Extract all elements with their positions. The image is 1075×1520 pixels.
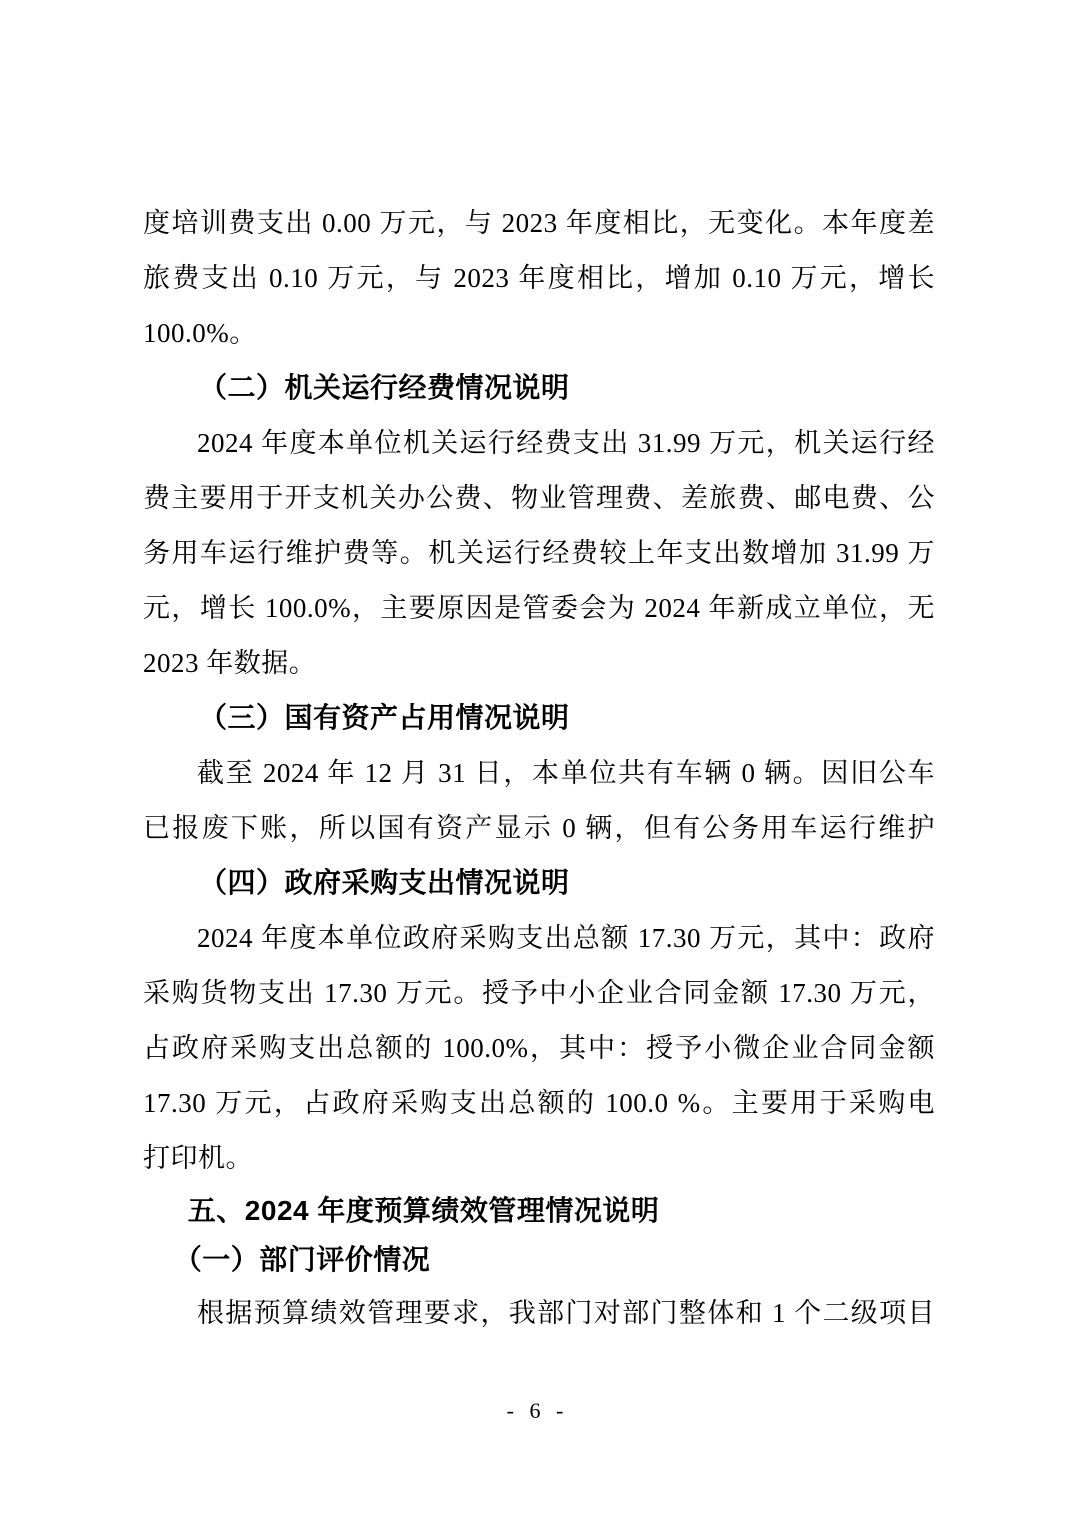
body-line: 占政府采购支出总额的 100.0%，其中：授予小微企业合同金额 — [143, 1021, 935, 1076]
body-line: 费主要用于开支机关办公费、物业管理费、差旅费、邮电费、公 — [143, 471, 935, 526]
document-page: 度培训费支出 0.00 万元，与 2023 年度相比，无变化。本年度差 旅费支出… — [0, 0, 1075, 1520]
body-line-paragraph-start: 2024 年度本单位机关运行经费支出 31.99 万元，机关运行经 — [143, 416, 935, 471]
body-line-paragraph-start: 2024 年度本单位政府采购支出总额 17.30 万元，其中：政府 — [143, 911, 935, 966]
body-line: 度培训费支出 0.00 万元，与 2023 年度相比，无变化。本年度差 — [143, 196, 935, 251]
body-line: 旅费支出 0.10 万元，与 2023 年度相比，增加 0.10 万元，增长 — [143, 251, 935, 306]
body-line: 元，增长 100.0%，主要原因是管委会为 2024 年新成立单位，无 — [143, 581, 935, 636]
body-line-paragraph-end: 打印机。 — [143, 1131, 935, 1186]
section-heading-government-procurement: （四）政府采购支出情况说明 — [143, 856, 935, 911]
body-line: 采购货物支出 17.30 万元。授予中小企业合同金额 17.30 万元， — [143, 966, 935, 1021]
text-block: 度培训费支出 0.00 万元，与 2023 年度相比，无变化。本年度差 旅费支出… — [143, 196, 935, 1341]
section-heading-state-assets: （三）国有资产占用情况说明 — [143, 691, 935, 746]
section-heading-department-evaluation: （一）部门评价情况 — [143, 1236, 935, 1286]
body-line-paragraph-start: 截至 2024 年 12 月 31 日，本单位共有车辆 0 辆。因旧公车 — [143, 746, 935, 801]
body-line-paragraph-end: 2023 年数据。 — [143, 636, 935, 691]
body-line-paragraph-end: 100.0%。 — [143, 306, 935, 361]
body-line: 17.30 万元，占政府采购支出总额的 100.0 %。主要用于采购电脑、 — [143, 1076, 935, 1131]
body-line: 务用车运行维护费等。机关运行经费较上年支出数增加 31.99 万 — [143, 526, 935, 581]
chapter-heading-budget-performance: 五、2024 年度预算绩效管理情况说明 — [143, 1186, 935, 1236]
body-line-paragraph-start: 根据预算绩效管理要求，我部门对部门整体和 1 个二级项目 — [143, 1286, 935, 1341]
body-line: 已报废下账，所以国有资产显示 0 辆，但有公务用车运行维护费。 — [143, 801, 935, 856]
section-heading-agency-operating-expenses: （二）机关运行经费情况说明 — [143, 361, 935, 416]
page-number: - 6 - — [0, 1398, 1075, 1424]
